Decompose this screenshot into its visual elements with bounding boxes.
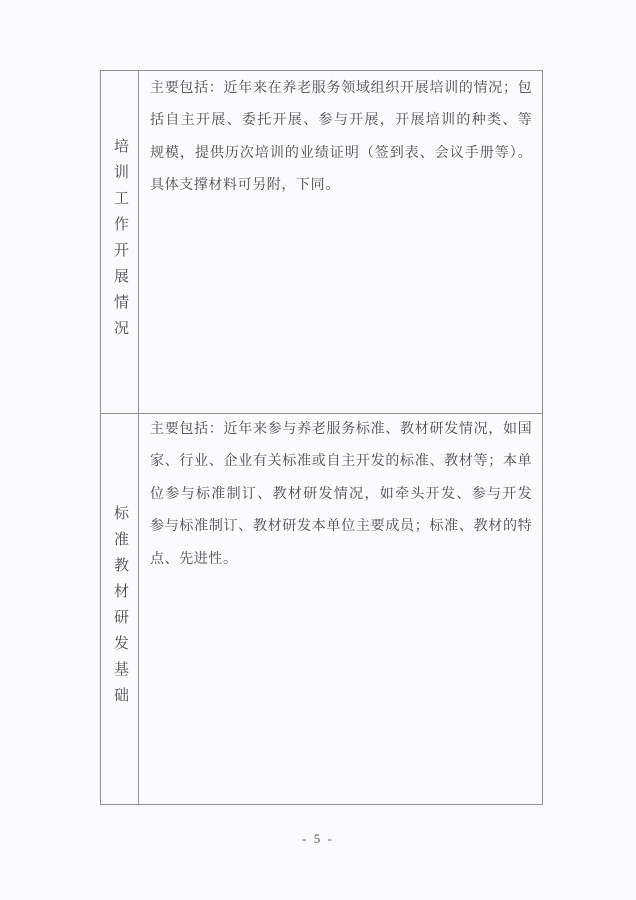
- content-line: 位参与标准制订、教材研发情况，如牵头开发、参与开发等；: [150, 479, 532, 511]
- content-line: 具体支撑材料可另附，下同。: [150, 170, 532, 202]
- document-page: 培训工作开展情况 主要包括：近年来在养老服务领域组织开展培训的情况；包 括自主开…: [0, 0, 636, 900]
- page-number: - 5 -: [0, 831, 636, 847]
- content-line: 主要包括：近年来在养老服务领域组织开展培训的情况；包: [150, 73, 532, 105]
- row-label-training: 培训工作开展情况: [112, 138, 127, 346]
- content-line: 参与标准制订、教材研发本单位主要成员；标准、教材的特: [150, 511, 532, 543]
- content-line: 括自主开展、委托开展、参与开展，开展培训的种类、等级、: [150, 105, 532, 137]
- row-content-standards: 主要包括：近年来参与养老服务标准、教材研发情况，如国 家、行业、企业有关标准或自…: [139, 414, 542, 804]
- row-label-standards: 标准教材研发基础: [112, 505, 127, 713]
- row-label-cell-standards: 标准教材研发基础: [101, 414, 139, 804]
- content-line: 家、行业、企业有关标准或自主开发的标准、教材等；本单: [150, 446, 532, 478]
- content-line: 主要包括：近年来参与养老服务标准、教材研发情况，如国: [150, 414, 532, 446]
- table-row-standards: 标准教材研发基础 主要包括：近年来参与养老服务标准、教材研发情况，如国 家、行业…: [101, 414, 542, 804]
- table-row-training: 培训工作开展情况 主要包括：近年来在养老服务领域组织开展培训的情况；包 括自主开…: [101, 71, 542, 414]
- content-line: 点、先进性。: [150, 544, 532, 576]
- form-table: 培训工作开展情况 主要包括：近年来在养老服务领域组织开展培训的情况；包 括自主开…: [100, 70, 543, 805]
- row-content-training: 主要包括：近年来在养老服务领域组织开展培训的情况；包 括自主开展、委托开展、参与…: [139, 71, 542, 413]
- content-line: 规模，提供历次培训的业绩证明（签到表、会议手册等）。: [150, 138, 532, 170]
- row-label-cell-training: 培训工作开展情况: [101, 71, 139, 413]
